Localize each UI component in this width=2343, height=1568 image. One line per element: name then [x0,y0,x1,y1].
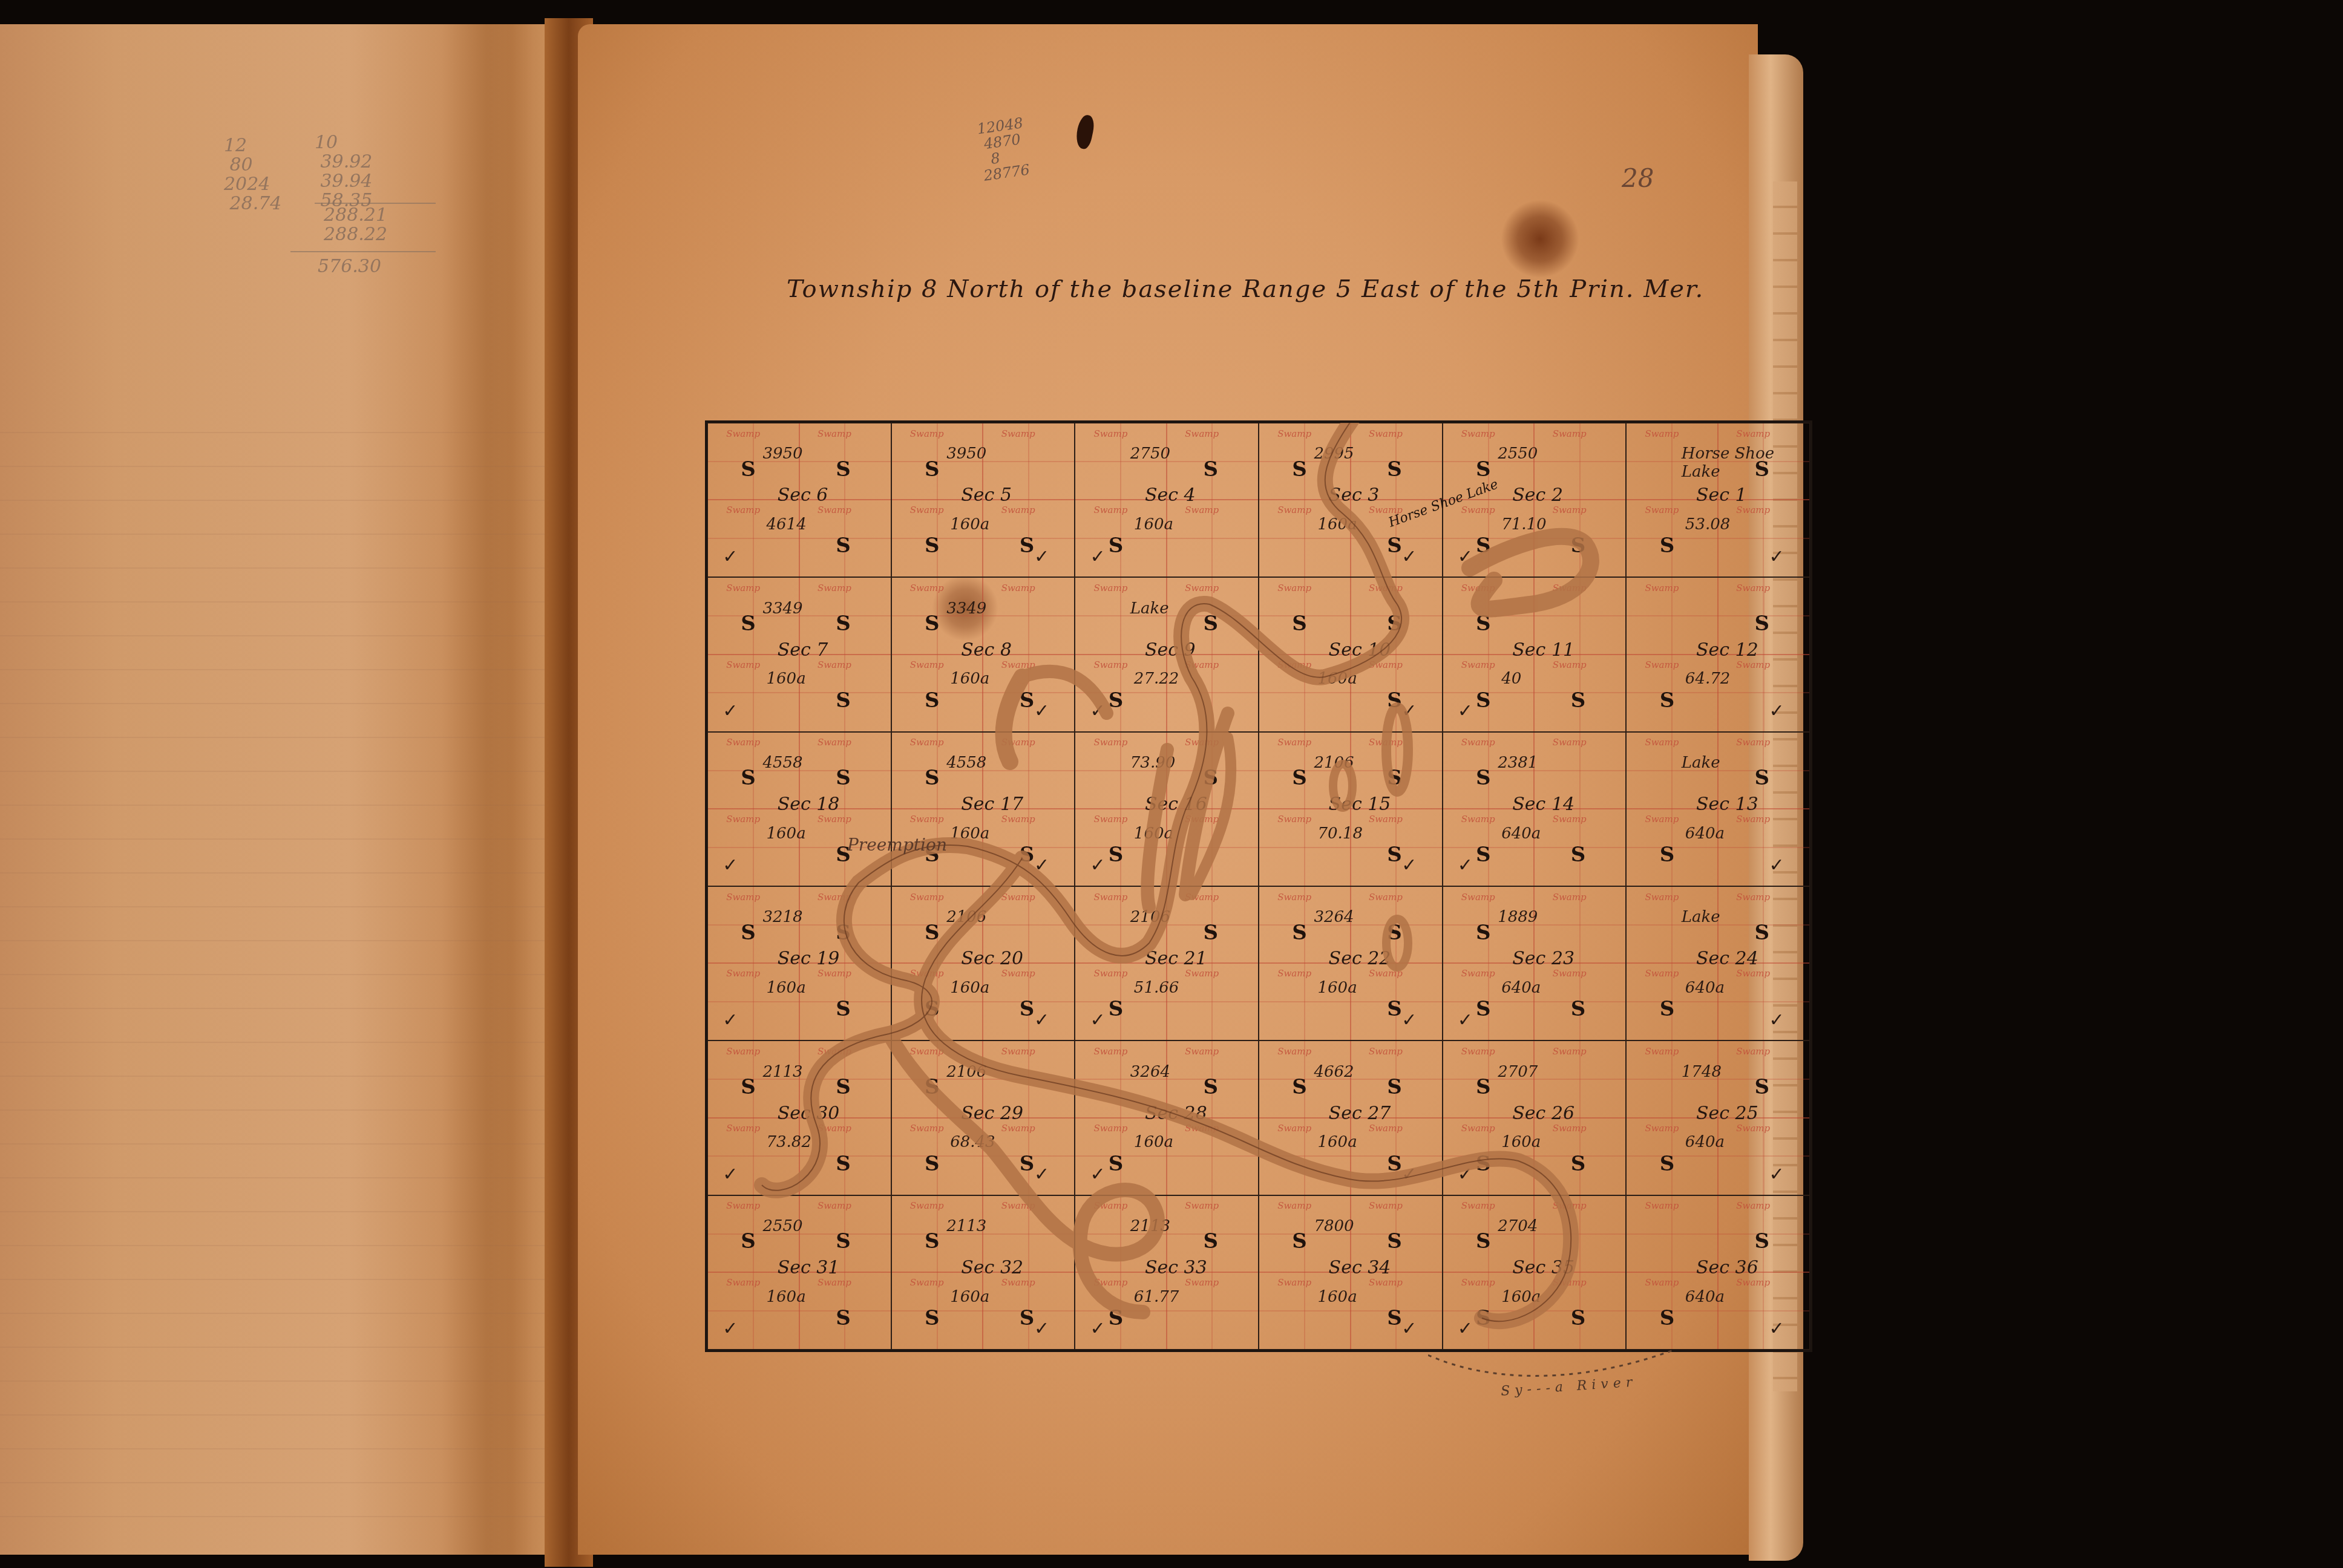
swamp-mark-s: S [1020,1152,1035,1176]
swamp-mark-s: S [1476,688,1491,713]
check-mark-icon: ✓ [1458,1318,1473,1339]
swamp-label: Swamp [1277,659,1311,670]
section-34: SwampSwampSwampSwampSSSSec 34160a7800✓ [1259,1195,1443,1350]
swamp-label: Swamp [1185,505,1219,515]
swamp-mark-s: S [1387,534,1402,558]
swamp-mark-s: S [1660,1152,1675,1176]
swamp-label: Swamp [1645,814,1679,825]
section-label: Sec 10 [1329,639,1391,661]
pencil-subtotals: 288.21 288.22 [324,206,387,244]
section-15: SwampSwampSwampSwampSSSSec 1570.182106✓ [1259,732,1443,886]
check-mark-icon: ✓ [1401,855,1417,876]
section-acreage: 160a [767,670,806,688]
swamp-label: Swamp [1277,1123,1311,1134]
swamp-label: Swamp [1369,892,1403,903]
swamp-label: Swamp [1185,737,1219,748]
swamp-label: Swamp [726,892,760,903]
section-note: 2106 [1314,754,1354,772]
swamp-label: Swamp [818,1046,851,1057]
section-5: SwampSwampSwampSwampSSSSec 5160a3950✓ [891,423,1075,577]
section-note: 4662 [1314,1063,1354,1081]
check-mark-icon: ✓ [723,1010,738,1031]
section-label: Sec 19 [778,948,840,969]
section-label: Sec 21 [1145,948,1207,969]
swamp-mark-s: S [1476,534,1491,558]
swamp-mark-s: S [1292,1075,1307,1099]
section-acreage: 640a [1685,825,1725,843]
swamp-mark-s: S [1476,843,1491,867]
section-acreage: 40 [1501,670,1521,688]
township-plat-map: SwampSwampSwampSwampSSSSec 646143950✓Swa… [705,420,1812,1352]
section-acreage: 160a [1318,515,1357,534]
swamp-label: Swamp [1461,1200,1495,1211]
section-16: SwampSwampSwampSwampSSSec 16160a73.90✓ [1075,732,1259,886]
swamp-mark-s: S [836,997,851,1021]
swamp-label: Swamp [1093,1046,1127,1057]
swamp-mark-s: S [1020,688,1035,713]
swamp-label: Swamp [1461,814,1495,825]
swamp-label: Swamp [1736,737,1770,748]
section-note: 2704 [1498,1217,1538,1235]
section-acreage: 64.72 [1685,670,1730,688]
swamp-label: Swamp [910,659,944,670]
swamp-label: Swamp [1277,1200,1311,1211]
check-mark-icon: ✓ [1090,701,1105,722]
swamp-label: Swamp [818,1123,851,1134]
swamp-label: Swamp [1736,1123,1770,1134]
swamp-label: Swamp [1093,737,1127,748]
section-36: SwampSwampSwampSwampSSSec 36640a✓ [1626,1195,1810,1350]
section-acreage: 160a [767,979,806,997]
swamp-label: Swamp [1185,1123,1219,1134]
swamp-label: Swamp [1001,659,1035,670]
check-mark-icon: ✓ [1458,855,1473,876]
swamp-mark-s: S [741,457,756,482]
swamp-mark-s: S [925,612,940,636]
check-mark-icon: ✓ [1034,546,1049,567]
section-label: Sec 7 [778,639,828,661]
section-acreage: 160a [1318,979,1357,997]
swamp-mark-s: S [1109,1306,1124,1330]
section-acreage: 160a [1501,1288,1541,1306]
swamp-label: Swamp [1461,1046,1495,1057]
swamp-label: Swamp [1645,1046,1679,1057]
section-label: Sec 28 [1145,1103,1207,1124]
check-mark-icon: ✓ [723,855,738,876]
swamp-label: Swamp [1461,583,1495,593]
section-label: Sec 8 [961,639,1012,661]
section-label: Sec 15 [1329,794,1391,815]
section-label: Sec 35 [1512,1257,1575,1278]
preemption-note: Preemption [847,835,947,855]
swamp-mark-s: S [1754,1229,1769,1253]
section-acreage: 73.82 [767,1133,811,1151]
check-mark-icon: ✓ [1401,546,1417,567]
swamp-mark-s: S [1109,688,1124,713]
section-33: SwampSwampSwampSwampSSSec 3361.772113✓ [1075,1195,1259,1350]
swamp-label: Swamp [1736,1046,1770,1057]
swamp-label: Swamp [818,583,851,593]
swamp-label: Swamp [1277,892,1311,903]
left-page-ruled-lines [0,399,545,1549]
section-29: SwampSwampSwampSwampSSSSec 2968.432106✓ [891,1040,1075,1195]
swamp-label: Swamp [726,1123,760,1134]
section-note: 2550 [1498,445,1538,463]
section-32: SwampSwampSwampSwampSSSSec 32160a2113✓ [891,1195,1075,1350]
section-note: 3349 [946,599,986,618]
section-note: Horse Shoe Lake [1682,445,1809,481]
check-mark-icon: ✓ [1458,1164,1473,1185]
section-label: Sec 27 [1329,1103,1391,1124]
swamp-mark-s: S [836,1229,851,1253]
swamp-mark-s: S [1754,612,1769,636]
section-19: SwampSwampSwampSwampSSSSec 19160a3218✓ [707,886,891,1040]
page-number: 28 [1622,163,1654,193]
swamp-mark-s: S [1109,843,1124,867]
swamp-mark-s: S [1476,1229,1491,1253]
swamp-label: Swamp [1553,583,1587,593]
swamp-label: Swamp [1001,1046,1035,1057]
section-acreage: 640a [1685,979,1725,997]
swamp-label: Swamp [1461,1277,1495,1288]
swamp-label: Swamp [726,1200,760,1211]
check-mark-icon: ✓ [723,1318,738,1339]
section-note: 2113 [1130,1217,1170,1235]
swamp-mark-s: S [1203,766,1218,790]
swamp-label: Swamp [1001,1123,1035,1134]
swamp-mark-s: S [1387,1152,1402,1176]
section-label: Sec 2 [1512,485,1563,506]
swamp-label: Swamp [1736,1277,1770,1288]
section-21: SwampSwampSwampSwampSSSec 2151.662106✓ [1075,886,1259,1040]
swamp-mark-s: S [1476,921,1491,945]
swamp-mark-s: S [1109,997,1124,1021]
swamp-label: Swamp [910,583,944,593]
section-label: Sec 18 [778,794,840,815]
swamp-mark-s: S [836,1306,851,1330]
swamp-label: Swamp [1369,1277,1403,1288]
swamp-label: Swamp [726,659,760,670]
swamp-label: Swamp [1736,505,1770,515]
check-mark-icon: ✓ [1034,701,1049,722]
swamp-mark-s: S [925,534,940,558]
swamp-label: Swamp [818,1277,851,1288]
swamp-mark-s: S [925,1075,940,1099]
swamp-label: Swamp [910,1123,944,1134]
swamp-label: Swamp [1369,428,1403,439]
swamp-mark-s: S [1476,457,1491,482]
swamp-label: Swamp [1553,1046,1587,1057]
swamp-label: Swamp [1553,1277,1587,1288]
section-label: Sec 29 [961,1103,1023,1124]
swamp-mark-s: S [1203,1229,1218,1253]
check-mark-icon: ✓ [1401,1318,1417,1339]
check-mark-icon: ✓ [1458,1010,1473,1031]
section-label: Sec 33 [1145,1257,1207,1278]
swamp-label: Swamp [1461,968,1495,979]
section-note: 2113 [946,1217,986,1235]
swamp-mark-s: S [1020,843,1035,867]
swamp-label: Swamp [910,1277,944,1288]
section-acreage: 71.10 [1501,515,1546,534]
section-note: Lake [1130,599,1169,618]
swamp-mark-s: S [925,1306,940,1330]
swamp-label: Swamp [1093,659,1127,670]
swamp-label: Swamp [1645,968,1679,979]
swamp-mark-s: S [1020,534,1035,558]
section-9: SwampSwampSwampSwampSSSec 927.22Lake✓ [1075,577,1259,731]
check-mark-icon: ✓ [1458,701,1473,722]
swamp-mark-s: S [1387,766,1402,790]
swamp-mark-s: S [1660,843,1675,867]
check-mark-icon: ✓ [1090,1164,1105,1185]
swamp-label: Swamp [1645,1200,1679,1211]
swamp-label: Swamp [1001,814,1035,825]
swamp-label: Swamp [1369,1046,1403,1057]
swamp-mark-s: S [1292,612,1307,636]
swamp-label: Swamp [1369,583,1403,593]
swamp-label: Swamp [1093,892,1127,903]
section-14: SwampSwampSwampSwampSSSSec 14640a2381✓ [1443,732,1627,886]
swamp-label: Swamp [910,968,944,979]
section-acreage: 160a [1134,1133,1173,1151]
section-label: Sec 24 [1696,948,1758,969]
swamp-mark-s: S [1571,843,1586,867]
swamp-label: Swamp [1461,659,1495,670]
swamp-mark-s: S [1571,1152,1586,1176]
swamp-label: Swamp [726,814,760,825]
section-acreage: 53.08 [1685,515,1730,534]
swamp-label: Swamp [1277,1046,1311,1057]
swamp-label: Swamp [910,737,944,748]
section-note: 3950 [946,445,986,463]
check-mark-icon: ✓ [723,546,738,567]
swamp-mark-s: S [1387,997,1402,1021]
section-acreage: 160a [1134,515,1173,534]
swamp-label: Swamp [1369,1123,1403,1134]
swamp-label: Swamp [726,428,760,439]
swamp-mark-s: S [1203,457,1218,482]
check-mark-icon: ✓ [1769,546,1784,567]
section-acreage: 640a [1501,825,1541,843]
check-mark-icon: ✓ [1090,546,1105,567]
check-mark-icon: ✓ [1090,1010,1105,1031]
section-acreage: 160a [767,1288,806,1306]
section-note: 3264 [1130,1063,1170,1081]
check-mark-icon: ✓ [723,1164,738,1185]
swamp-label: Swamp [1185,583,1219,593]
section-note: 1889 [1498,908,1538,926]
swamp-label: Swamp [1277,505,1311,515]
swamp-mark-s: S [925,688,940,713]
swamp-label: Swamp [1736,814,1770,825]
swamp-mark-s: S [1571,997,1586,1021]
swamp-label: Swamp [1461,428,1495,439]
swamp-label: Swamp [1093,1123,1127,1134]
swamp-mark-s: S [1476,612,1491,636]
swamp-mark-s: S [836,1075,851,1099]
swamp-label: Swamp [910,1200,944,1211]
swamp-mark-s: S [1387,1075,1402,1099]
swamp-label: Swamp [1277,1277,1311,1288]
swamp-mark-s: S [1660,997,1675,1021]
swamp-mark-s: S [741,1229,756,1253]
section-grid: SwampSwampSwampSwampSSSSec 646143950✓Swa… [707,423,1810,1350]
left-page: 12 80 2024 28.74 10 39.92 39.94 58.35 28… [0,24,581,1555]
section-label: Sec 25 [1696,1103,1758,1124]
section-note: 2106 [946,1063,986,1081]
swamp-label: Swamp [1736,968,1770,979]
section-acreage: 160a [950,825,989,843]
swamp-mark-s: S [1387,1229,1402,1253]
section-18: SwampSwampSwampSwampSSSSec 18160a4558✓ [707,732,891,886]
swamp-label: Swamp [1645,892,1679,903]
section-acreage: 70.18 [1318,825,1363,843]
section-7: SwampSwampSwampSwampSSSSec 7160a3349✓ [707,577,891,731]
swamp-mark-s: S [1476,997,1491,1021]
section-label: Sec 9 [1145,639,1196,661]
swamp-label: Swamp [910,428,944,439]
check-mark-icon: ✓ [1034,1010,1049,1031]
swamp-label: Swamp [1001,428,1035,439]
section-31: SwampSwampSwampSwampSSSSec 31160a2550✓ [707,1195,891,1350]
section-4: SwampSwampSwampSwampSSSec 4160a2750✓ [1075,423,1259,577]
swamp-mark-s: S [1203,612,1218,636]
swamp-label: Swamp [726,583,760,593]
pencil-sum-note: 12048 4870 8 28776 [976,115,1031,184]
section-22: SwampSwampSwampSwampSSSSec 22160a3264✓ [1259,886,1443,1040]
swamp-label: Swamp [910,892,944,903]
section-note: 3218 [762,908,802,926]
swamp-label: Swamp [910,1046,944,1057]
swamp-label: Swamp [1553,737,1587,748]
swamp-label: Swamp [1093,814,1127,825]
swamp-label: Swamp [1185,814,1219,825]
swamp-mark-s: S [925,997,940,1021]
section-13: SwampSwampSwampSwampSSSec 13640aLake✓ [1626,732,1810,886]
swamp-mark-s: S [836,921,851,945]
section-label: Sec 13 [1696,794,1758,815]
swamp-label: Swamp [726,1046,760,1057]
section-1: SwampSwampSwampSwampSSSec 153.08Horse Sh… [1626,423,1810,577]
check-mark-icon: ✓ [1769,701,1784,722]
swamp-label: Swamp [818,428,851,439]
swamp-label: Swamp [1001,892,1035,903]
swamp-mark-s: S [1387,457,1402,482]
ink-stain [1501,200,1579,278]
section-30: SwampSwampSwampSwampSSSSec 3073.822113✓ [707,1040,891,1195]
section-23: SwampSwampSwampSwampSSSSec 23640a1889✓ [1443,886,1627,1040]
check-mark-icon: ✓ [1090,1318,1105,1339]
swamp-label: Swamp [1185,892,1219,903]
section-35: SwampSwampSwampSwampSSSSec 35160a2704✓ [1443,1195,1627,1350]
section-note: 2750 [1130,445,1170,463]
section-note: 2106 [946,908,986,926]
swamp-mark-s: S [1660,1306,1675,1330]
section-note: Lake [1682,754,1720,772]
pencil-total: 576.30 [318,257,381,276]
swamp-mark-s: S [1109,534,1124,558]
swamp-label: Swamp [1093,505,1127,515]
section-10: SwampSwampSwampSwampSSSSec 10160a✓ [1259,577,1443,731]
section-acreage: 160a [767,825,806,843]
swamp-label: Swamp [1645,583,1679,593]
swamp-mark-s: S [1020,997,1035,1021]
swamp-mark-s: S [1476,1152,1491,1176]
swamp-label: Swamp [1553,968,1587,979]
swamp-mark-s: S [925,766,940,790]
section-label: Sec 16 [1145,794,1207,815]
section-26: SwampSwampSwampSwampSSSSec 26160a2707✓ [1443,1040,1627,1195]
section-label: Sec 5 [961,485,1012,506]
section-acreage: 640a [1685,1133,1725,1151]
swamp-label: Swamp [818,968,851,979]
section-note: Lake [1682,908,1720,926]
section-acreage: 160a [1318,1133,1357,1151]
pencil-rule [290,251,436,252]
section-label: Sec 3 [1329,485,1380,506]
swamp-label: Swamp [1185,1277,1219,1288]
swamp-mark-s: S [1387,921,1402,945]
swamp-label: Swamp [1645,505,1679,515]
swamp-label: Swamp [726,968,760,979]
swamp-mark-s: S [1292,1229,1307,1253]
section-acreage: 27.22 [1134,670,1179,688]
swamp-label: Swamp [1369,737,1403,748]
swamp-label: Swamp [910,505,944,515]
section-acreage: 160a [950,515,989,534]
swamp-label: Swamp [1645,1277,1679,1288]
section-acreage: 160a [950,1288,989,1306]
check-mark-icon: ✓ [723,701,738,722]
check-mark-icon: ✓ [1034,1318,1049,1339]
swamp-label: Swamp [818,737,851,748]
section-acreage: 160a [950,670,989,688]
swamp-label: Swamp [1185,428,1219,439]
swamp-label: Swamp [1277,737,1311,748]
section-note: 2113 [762,1063,802,1081]
section-label: Sec 30 [778,1103,840,1124]
section-acreage: 51.66 [1134,979,1179,997]
swamp-mark-s: S [925,1229,940,1253]
swamp-mark-s: S [1571,534,1586,558]
section-note: 7800 [1314,1217,1354,1235]
section-8: SwampSwampSwampSwampSSSSec 8160a3349✓ [891,577,1075,731]
swamp-mark-s: S [836,612,851,636]
swamp-label: Swamp [1645,1123,1679,1134]
section-note: 2106 [1130,908,1170,926]
section-acreage: 160a [1318,1288,1357,1306]
swamp-label: Swamp [1645,737,1679,748]
check-mark-icon: ✓ [1769,1164,1784,1185]
swamp-label: Swamp [1001,1200,1035,1211]
section-acreage: 4614 [767,515,807,534]
check-mark-icon: ✓ [1034,1164,1049,1185]
swamp-mark-s: S [1203,921,1218,945]
swamp-label: Swamp [1093,968,1127,979]
swamp-mark-s: S [1109,1152,1124,1176]
swamp-label: Swamp [726,737,760,748]
section-label: Sec 14 [1512,794,1575,815]
swamp-mark-s: S [1660,688,1675,713]
section-label: Sec 17 [961,794,1023,815]
swamp-mark-s: S [836,1152,851,1176]
section-acreage: 160a [950,979,989,997]
section-12: SwampSwampSwampSwampSSSec 1264.72✓ [1626,577,1810,731]
swamp-label: Swamp [1461,892,1495,903]
check-mark-icon: ✓ [1401,701,1417,722]
swamp-label: Swamp [818,814,851,825]
